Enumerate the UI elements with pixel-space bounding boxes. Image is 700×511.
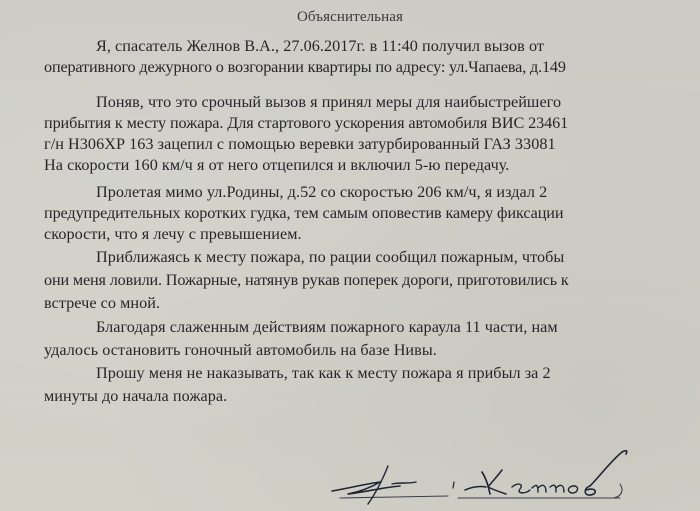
- document-page: Объяснительная Я, спасатель Желнов В.А.,…: [0, 0, 700, 511]
- text-line: скорости, что я лечу с превышением.: [44, 224, 302, 244]
- text-line: г/н Н306ХР 163 зацепил с помощью веревки…: [44, 134, 556, 154]
- document-title: Объяснительная: [0, 9, 700, 26]
- text-line: предупредительных коротких гудка, тем са…: [44, 203, 563, 223]
- text-line: Пролетая мимо ул.Родины, д.52 со скорост…: [96, 182, 547, 202]
- text-line: Прошу меня не наказывать, так как к мест…: [96, 363, 551, 383]
- text-line: прибытия к месту пожара. Для стартового …: [44, 113, 568, 133]
- text-line: встрече со мной.: [44, 293, 160, 313]
- text-line: минуты до начала пожара.: [44, 386, 227, 406]
- text-line: удалось остановить гоночный автомобиль н…: [44, 340, 437, 360]
- text-line: они меня ловили. Пожарные, натянув рукав…: [44, 270, 569, 290]
- text-line: Приближаясь к месту пожара, по рации соо…: [96, 247, 564, 267]
- handwritten-signature: [330, 432, 660, 507]
- text-line: оперативного дежурного о возгорании квар…: [44, 57, 566, 77]
- text-line: Я, спасатель Желнов В.А., 27.06.2017г. в…: [96, 36, 544, 56]
- text-line: Благодаря слаженным действиям пожарного …: [96, 317, 558, 337]
- text-line: Поняв, что это срочный вызов я принял ме…: [96, 92, 561, 112]
- text-line: На скорости 160 км/ч я от него отцепился…: [44, 155, 509, 175]
